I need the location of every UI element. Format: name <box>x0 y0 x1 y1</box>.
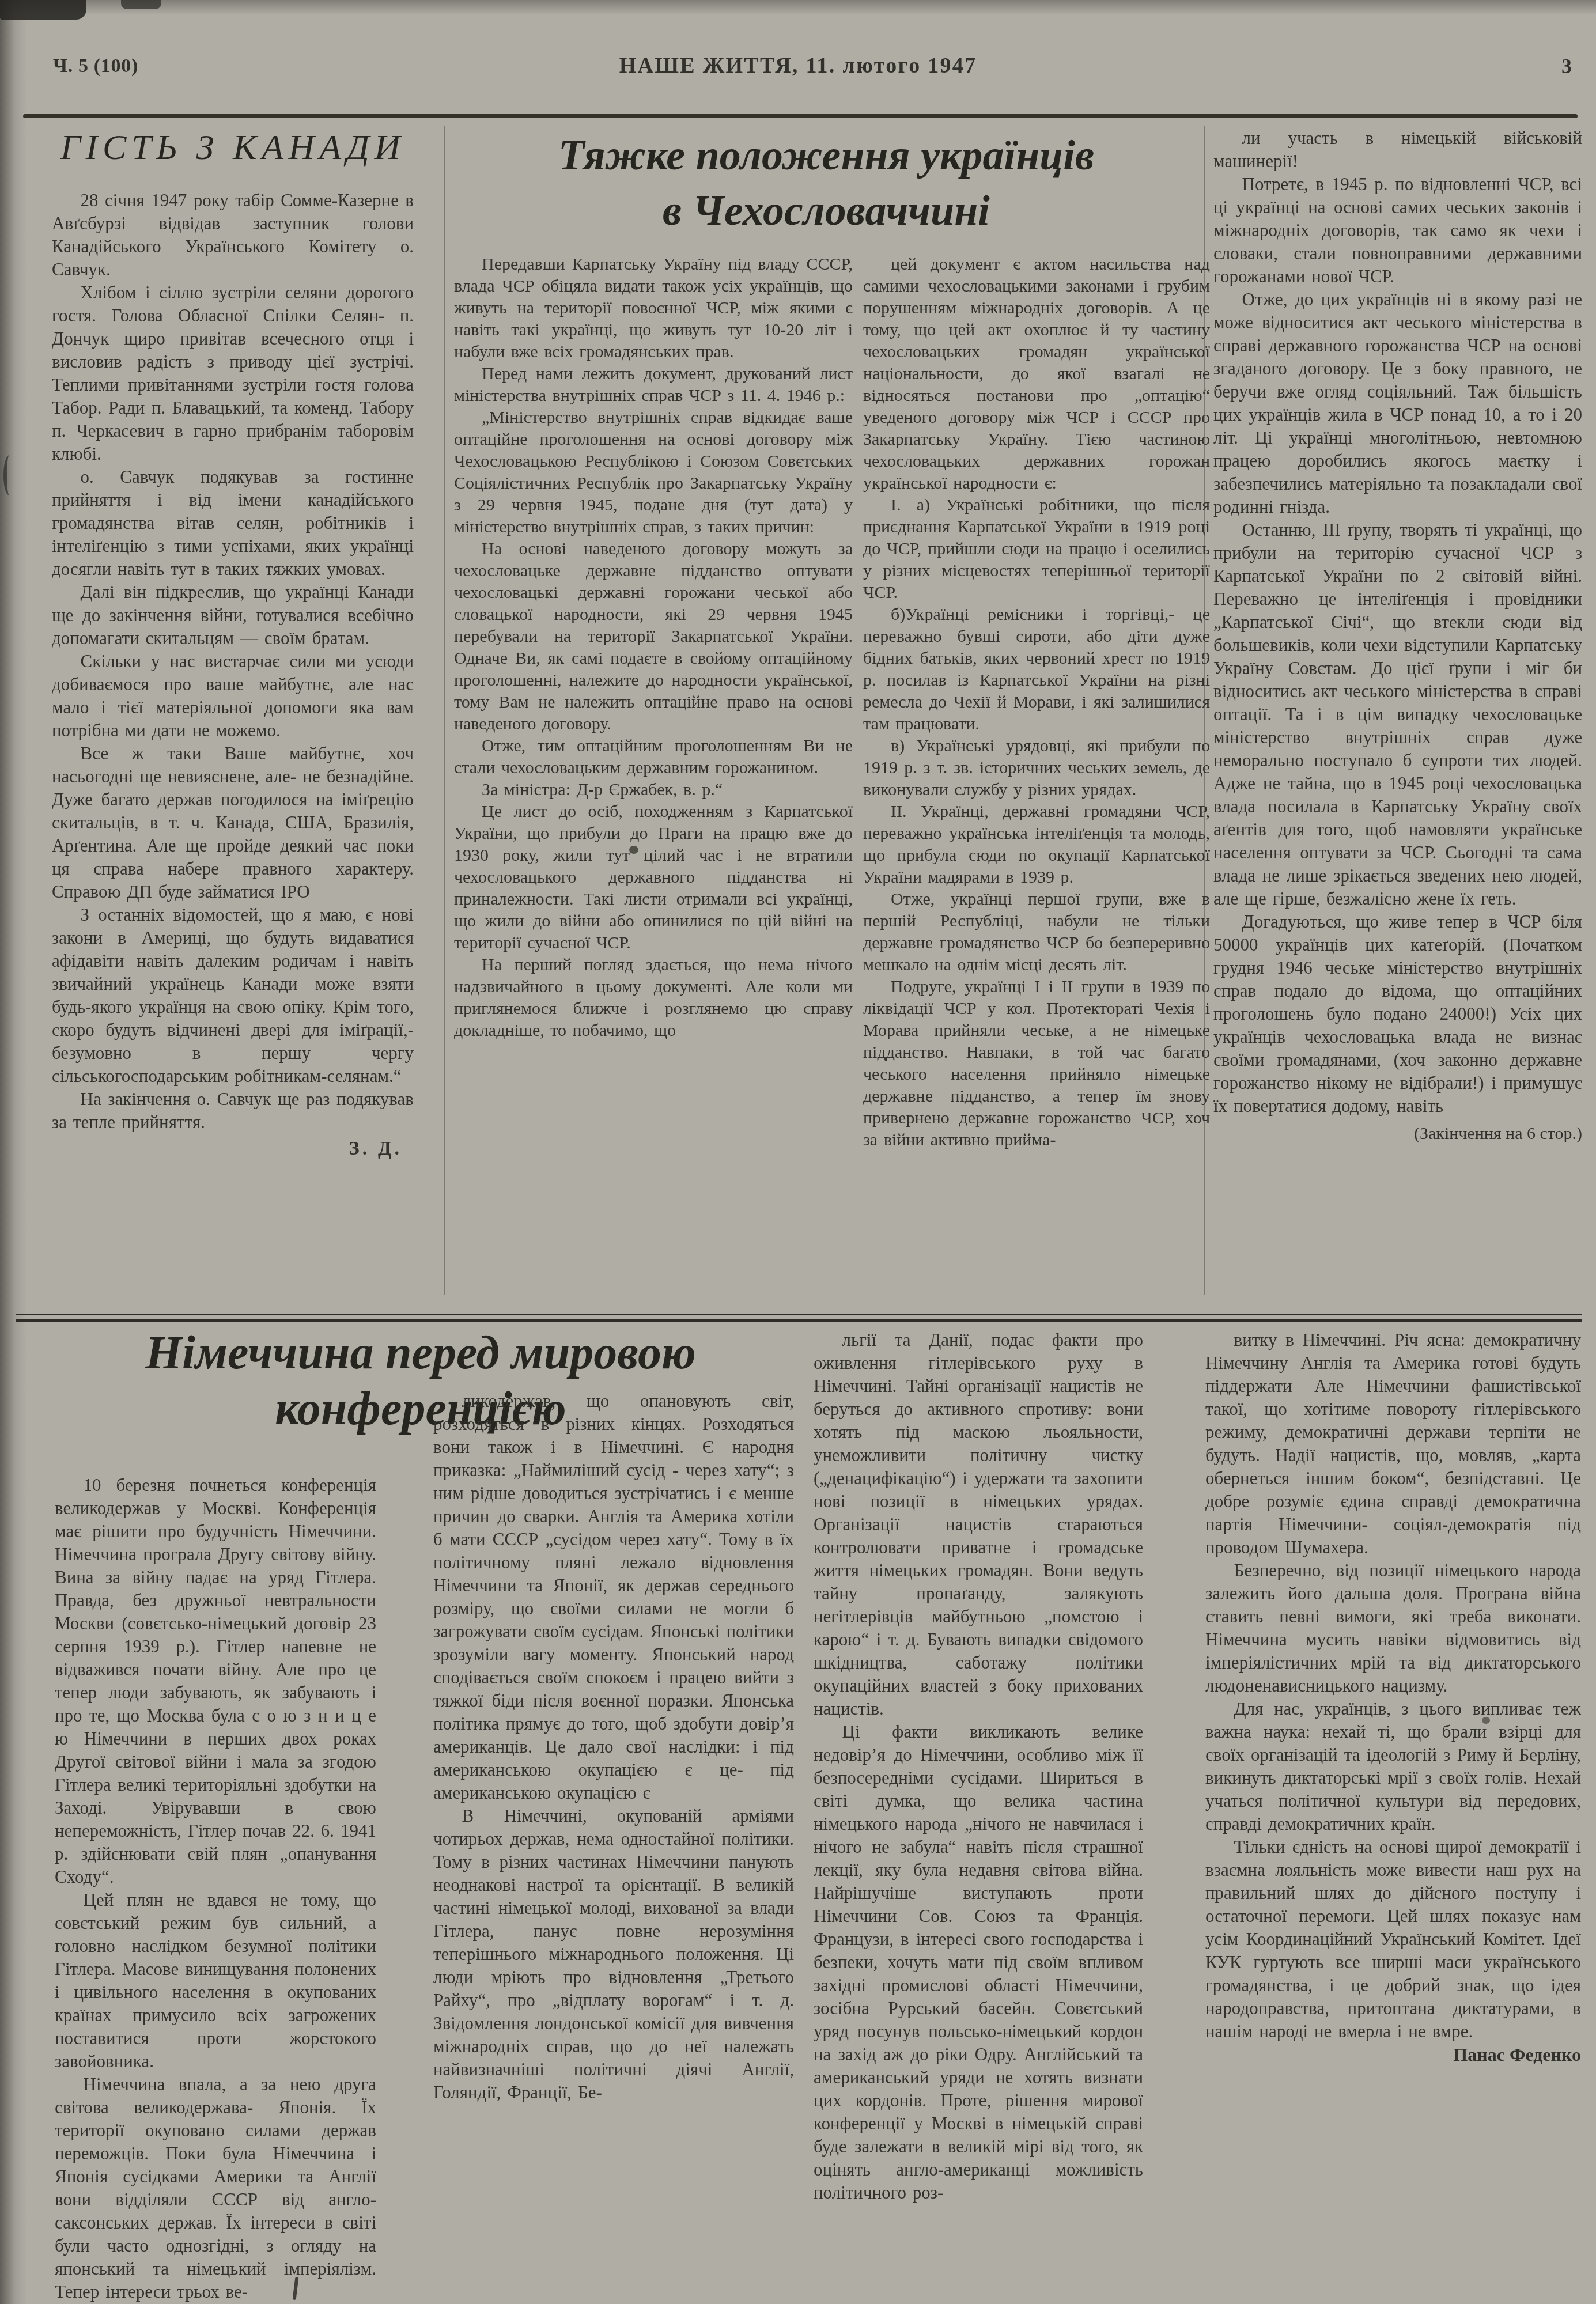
paragraph: в) Українські урядовці, які прибули по 1… <box>863 735 1210 801</box>
article-germany-column-2: ликодержав, що опановують світ, розходят… <box>433 1390 794 2104</box>
paragraph: На перший погляд здається, що нема нічог… <box>454 954 853 1042</box>
article-germany-column-1: 10 березня почнеться конференція великод… <box>55 1474 376 2303</box>
paragraph: Далі він підкреслив, що українці Канади … <box>52 581 414 650</box>
article-germany-column-4-body: витку в Німеччині. Річ ясна: демократичн… <box>1205 1329 1581 2043</box>
paragraph: Це лист до осіб, походженням з Карпатськ… <box>454 801 853 954</box>
paragraph: З останніх відомостей, що я маю, є нові … <box>52 903 414 1088</box>
paragraph: ликодержав, що опановують світ, розходят… <box>433 1390 794 1804</box>
article-germany-column-4: витку в Німеччині. Річ ясна: демократичн… <box>1205 1329 1581 2066</box>
paragraph: Подруге, українці І і ІІ групи в 1939 по… <box>863 976 1210 1151</box>
paragraph: 28 січня 1947 року табір Сомме-Казерне в… <box>52 189 414 281</box>
paragraph: Отже, до цих українців ні в якому разі н… <box>1213 288 1582 519</box>
paragraph: ли участь в німецькій військовій машинер… <box>1213 127 1582 173</box>
article-czech-column-1: Передавши Карпатську Україну під владу С… <box>454 254 853 1042</box>
scan-corner-mark-small <box>121 0 161 9</box>
article-guest-signature: З. Д. <box>52 1137 414 1160</box>
masthead: НАШЕ ЖИТТЯ, 11. лютого 1947 <box>0 53 1596 78</box>
paragraph: ІІ. Українці, державні громадяни ЧСР, пе… <box>863 801 1210 888</box>
title-line-1: Німеччина перед мировою <box>145 1326 696 1379</box>
scan-corner-mark <box>0 0 86 20</box>
section-divider-rule <box>16 1314 1582 1322</box>
paragraph: Потретє, в 1945 р. по відновленні ЧСР, в… <box>1213 173 1582 288</box>
title-line-2: в Чехословаччині <box>663 187 990 234</box>
paragraph: Отже, українці першої групи, вже в перші… <box>863 888 1210 976</box>
article-title-guest: ГІСТЬ З КАНАДИ <box>52 128 414 167</box>
paragraph: І. а) Українські робітники, що після при… <box>863 494 1210 604</box>
paragraph: За міністра: Д-р Єржабек, в. р.“ <box>454 779 853 801</box>
paragraph: На основі наведеного договору можуть за … <box>454 538 853 735</box>
article-czech-column-3: ли участь в німецькій військовій машинер… <box>1213 127 1582 1145</box>
paragraph: Хлібом і сіллю зустріли селяни дорогого … <box>52 281 414 466</box>
paragraph: льгії та Данії, подає факти про оживленн… <box>814 1329 1143 1720</box>
paragraph: Перед нами лежить документ, друкований л… <box>454 363 853 407</box>
paragraph: На закінчення о. Савчук ще раз подякував… <box>52 1088 414 1134</box>
paragraph: Останню, ІІІ ґрупу, творять ті українці,… <box>1213 519 1582 910</box>
paper-left-edge-shadow <box>0 0 27 2304</box>
paragraph: „Міністерство внутрішніх справ відкидає … <box>454 407 853 538</box>
continuation-note: (Закінчення на 6 стор.) <box>1213 1122 1582 1145</box>
paragraph: цей документ є актом насильства над сами… <box>863 254 1210 494</box>
paragraph: Безперечно, від позиції німецького народ… <box>1205 1559 1581 1697</box>
header-rule <box>23 114 1578 118</box>
paragraph: витку в Німеччині. Річ ясна: демократичн… <box>1205 1329 1581 1559</box>
paragraph: 10 березня почнеться конференція великод… <box>55 1474 376 1889</box>
article-guest-from-canada: ГІСТЬ З КАНАДИ 28 січня 1947 року табір … <box>52 128 414 1160</box>
paragraph: Для нас, українців, з цього випливає теж… <box>1205 1697 1581 1836</box>
article-germany-signature: Панас Феденко <box>1205 2043 1581 2066</box>
paper-crease-mark <box>3 455 15 495</box>
title-line-1: Тяжке положення українців <box>558 132 1094 179</box>
paragraph: Догадуються, що живе тепер в ЧСР біля 50… <box>1213 910 1582 1118</box>
article-czech-column-2: цей документ є актом насильства над сами… <box>863 254 1210 1151</box>
paper-top-edge-shadow <box>0 0 1596 15</box>
paragraph: Ці факти викликають велике недовір’я до … <box>814 1720 1143 2204</box>
article-czech-column-3-body: ли участь в німецькій військовій машинер… <box>1213 127 1582 1118</box>
article-guest-body: 28 січня 1947 року табір Сомме-Казерне в… <box>52 189 414 1134</box>
paragraph: Передавши Карпатську Україну під владу С… <box>454 254 853 363</box>
paragraph: Отже, тим оптаційним проголошенням Ви не… <box>454 735 853 779</box>
paragraph: Цей плян не вдався не тому, що совєтськи… <box>55 1889 376 2073</box>
paragraph: Німеччина впала, а за нею друга світова … <box>55 2073 376 2303</box>
paragraph: Все ж таки Ваше майбутнє, хоч насьогодні… <box>52 742 414 903</box>
paragraph: о. Савчук подякував за гостинне прийнятт… <box>52 466 414 581</box>
paragraph: б)Українці ремісники і торгівці,- це пер… <box>863 604 1210 735</box>
article-title-czechoslovakia: Тяжке положення українців в Чехословаччи… <box>454 128 1198 239</box>
article-germany-column-3: льгії та Данії, подає факти про оживленн… <box>814 1329 1143 2204</box>
newspaper-page: { "header": { "issue": "Ч. 5 (100)", "ma… <box>0 0 1596 2304</box>
paragraph: Скільки у нас вистарчає сили ми усюди до… <box>52 650 414 742</box>
scanned-newspaper-page: Ч. 5 (100) НАШЕ ЖИТТЯ, 11. лютого 1947 3… <box>0 0 1596 2304</box>
paragraph: В Німеччині, окупованій арміями чотирьох… <box>433 1804 794 2104</box>
page-number: 3 <box>1561 54 1572 78</box>
paragraph: Тільки єдність на основі щирої демократі… <box>1205 1836 1581 2043</box>
column-divider <box>444 126 445 1295</box>
